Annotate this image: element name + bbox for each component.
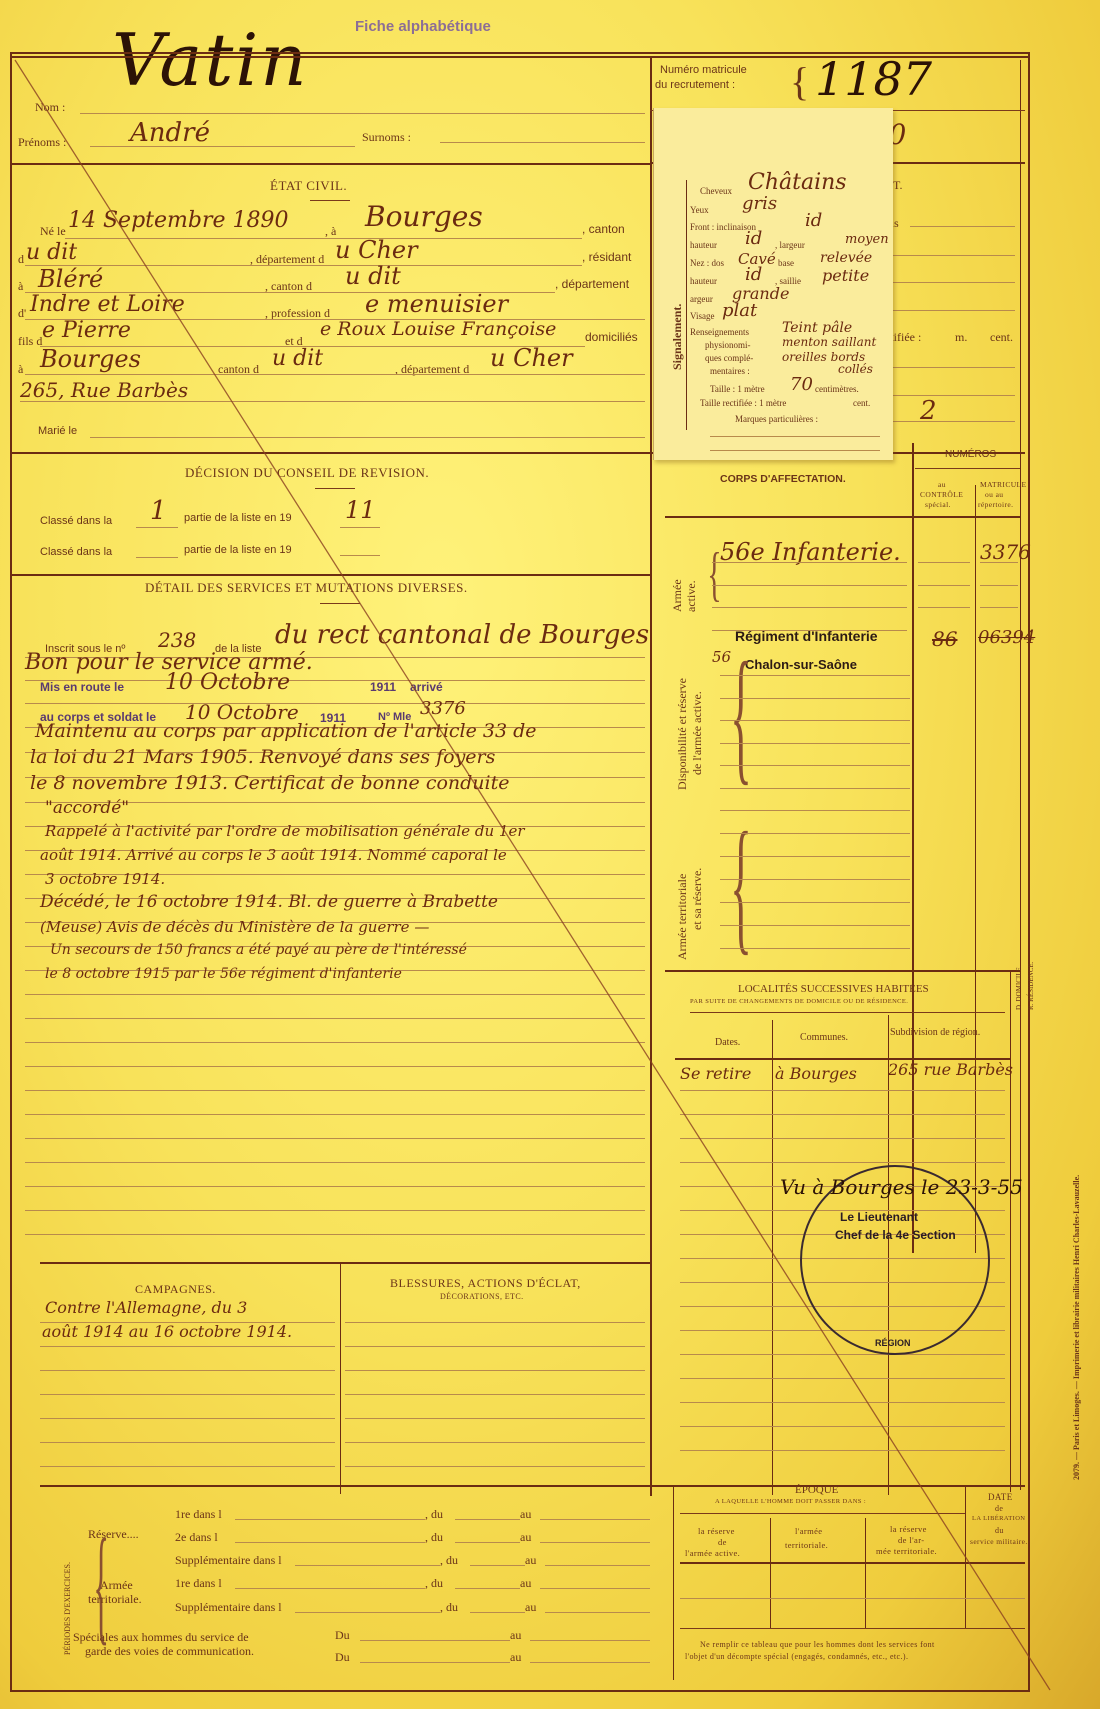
service-line-3: la loi du 21 Mars 1905. Renvoyé dans ses… — [30, 746, 495, 768]
marie-label: Marié le — [38, 425, 77, 437]
dept2-value: Indre et Loire — [30, 292, 185, 317]
classe-row2-label-a: Classé dans la — [40, 546, 112, 558]
departement-value: u Cher — [335, 236, 418, 264]
domicile-parents: Bourges — [40, 345, 141, 373]
printer-imprint: 2079. — Paris et Limoges. — Imprimerie e… — [1072, 1175, 1081, 1480]
regiment-num: 56 — [712, 648, 731, 666]
departement3-value: u Cher — [490, 344, 573, 372]
matricule-value: 1187 — [815, 52, 932, 106]
campagnes-title: CAMPAGNES. — [135, 1282, 216, 1297]
mis-en-route-date: 10 Octobre — [165, 670, 290, 695]
territoriale-label-1: Armée territoriale — [675, 874, 690, 960]
cheveux-value: Châtains — [748, 170, 847, 195]
epoque-col3-line3: mée territoriale. — [876, 1546, 937, 1556]
domicilies-label: domiciliés — [585, 330, 638, 344]
prenoms-value: André — [130, 118, 210, 148]
localite-row1-subdivision: 265 rue Barbès — [888, 1060, 1013, 1079]
ne-le-label: Né le — [40, 224, 66, 239]
periode-row3-au: au — [525, 1553, 536, 1568]
service-line-10: (Meuse) Avis de décès du Ministère de la… — [40, 918, 429, 936]
no-mle-value: 3376 — [420, 698, 466, 719]
services-title: DÉTAIL DES SERVICES ET MUTATIONS DIVERSE… — [145, 580, 468, 596]
inscrit-numero: 238 — [158, 628, 196, 652]
localites-col-dates: Dates. — [715, 1037, 740, 1048]
yeux-label: Yeux — [690, 205, 709, 215]
pere-value: e Pierre — [42, 318, 131, 343]
speciale-row2-du: Du — [335, 1650, 350, 1665]
blessures-title: BLESSURES, ACTIONS D'ÉCLAT, — [390, 1276, 581, 1291]
speciale-row1-du: Du — [335, 1628, 350, 1643]
disponibilite-matricule: 06394 — [978, 627, 1035, 648]
disponibilite-label-2: de l'armée active. — [690, 691, 705, 775]
col-matricule-3: répertoire. — [978, 500, 1013, 509]
nez-label: Nez : dos — [690, 258, 724, 268]
reserve-label: Réserve.... — [88, 1527, 139, 1542]
speciale-row2-au: au — [510, 1650, 521, 1665]
chalon-stamp: Chalon-sur-Saône — [745, 657, 857, 672]
service-line-12: le 8 octobre 1915 par le 56e régiment d'… — [45, 966, 402, 982]
armee-active-matricule: 3376 — [980, 540, 1031, 564]
cheveux-label: Cheveux — [700, 186, 732, 196]
mere-value: e Roux Louise Françoise — [320, 318, 556, 340]
col-controle-2: CONTRÔLE — [920, 490, 963, 499]
blessures-subtitle: DÉCORATIONS, ETC. — [440, 1292, 523, 1301]
seal-line-2: Chef de la 4e Section — [835, 1228, 956, 1242]
periode-row3-label: Supplémentaire dans l — [175, 1553, 282, 1568]
speciales-label-2: garde des voies de communication. — [85, 1644, 254, 1659]
renseignements-value-2: menton saillant — [782, 335, 876, 349]
taille-label: Taille : 1 mètre — [710, 384, 765, 394]
brace: { — [790, 58, 809, 105]
localites-col-communes: Communes. — [800, 1032, 848, 1043]
hauteur-value: id — [745, 228, 762, 249]
taille-rectifiee-label: Taille rectifiée : 1 mètre — [700, 398, 786, 408]
epoque-col3-line1: la réserve — [890, 1524, 927, 1534]
renseignements-value-4: collés — [838, 362, 873, 376]
periode-row1-du: , du — [425, 1507, 443, 1522]
col-controle-3: spécial. — [925, 500, 951, 509]
periode-row5-au: au — [525, 1600, 536, 1615]
epoque-col1-line3: l'armée active. — [685, 1548, 740, 1558]
localites-title: LOCALITÉS SUCCESSIVES HABITÉES — [738, 983, 929, 995]
date-title-3: LA LIBÉRATION — [972, 1515, 1025, 1522]
conseil-title: DÉCISION DU CONSEIL DE REVISION. — [185, 465, 429, 481]
brace-icon: { — [730, 640, 752, 790]
localites-subtitle: PAR SUITE DE CHANGEMENTS DE DOMICILE OU … — [690, 998, 908, 1005]
epoque-subtitle: A LAQUELLE L'HOMME DOIT PASSER DANS : — [715, 1498, 866, 1505]
renseignements-label-3: ques complé- — [705, 353, 753, 363]
taille-value: 70 — [790, 374, 813, 395]
periodes-side-title: PÉRIODES D'EXERCICES. — [63, 1562, 72, 1655]
periode-row5-label: Supplémentaire dans l — [175, 1600, 282, 1615]
disponibilite-label-1: Disponibilité et réserve — [675, 678, 690, 790]
surnoms-label: Surnoms : — [362, 130, 411, 145]
nom-label: Nom : — [35, 100, 65, 115]
classe-row1-annee: 11 — [345, 496, 376, 524]
service-line-11: Un secours de 150 francs a été payé au p… — [50, 942, 467, 958]
renseignements-value-1: Teint pâle — [782, 320, 852, 336]
epoque-note-1: Ne remplir ce tableau que pour les homme… — [700, 1640, 935, 1649]
base-label: base — [778, 258, 794, 268]
periode-row1-au: au — [520, 1507, 531, 1522]
largeur-label: , largeur — [775, 240, 805, 250]
residence-col: R. RÉSIDENCE. — [1027, 962, 1035, 1010]
date-title-2: de — [995, 1504, 1003, 1513]
periode-row3-du: , du — [440, 1553, 458, 1568]
service-line-9: Décédé, le 16 octobre 1914. Bl. de guerr… — [40, 892, 498, 912]
territoriale-label-a: Armée — [100, 1578, 133, 1593]
a2-label: à — [18, 279, 23, 294]
regiment-stamp: Régiment d'Infanterie — [735, 628, 878, 644]
date-title-5: service militaire. — [970, 1537, 1028, 1546]
vu-annotation: Vu à Bourges le 23-3-55 — [780, 1175, 1023, 1199]
col-matricule-2: ou au — [985, 490, 1003, 499]
epoque-col3-line2: de l'ar- — [898, 1535, 925, 1545]
matricule-label-1: Numéro matricule — [660, 64, 747, 76]
renseignements-label-2: physionomi- — [705, 340, 751, 350]
epoque-note-2: l'objet d'un décompte spécial (engagés, … — [685, 1652, 908, 1661]
base-value: relevée — [820, 250, 872, 266]
prenoms-label: Prénoms : — [18, 135, 66, 150]
territoriale-label-b: territoriale. — [88, 1592, 142, 1607]
corps-affectation-title: CORPS D'AFFECTATION. — [720, 473, 846, 485]
residence-value: Bléré — [38, 265, 103, 293]
speciales-label-1: Spéciales aux hommes du service de — [73, 1630, 249, 1645]
periode-row1-label: 1re dans l — [175, 1507, 222, 1522]
hauteur2-label: hauteur — [690, 276, 717, 286]
date-naissance: 14 Septembre 1890 — [68, 208, 288, 233]
yeux-value: gris — [742, 193, 777, 214]
fils-label: fils d — [18, 334, 42, 349]
saillie-value: petite — [822, 266, 869, 285]
seal-ring-bottom: RÉGION — [875, 1338, 911, 1348]
speciale-row1-au: au — [510, 1628, 521, 1643]
periode-row2-label: 2e dans l — [175, 1530, 218, 1545]
disponibilite-controle: 86 — [932, 627, 957, 651]
hidden-cent: cent. — [990, 330, 1013, 345]
domicile-col: D. DOMICILE. — [1015, 965, 1023, 1010]
etat-civil-title: ÉTAT CIVIL. — [270, 178, 347, 194]
fiche-alphabetique-stamp: Fiche alphabétique — [355, 18, 491, 35]
hauteur-label: hauteur — [690, 240, 717, 250]
visage-value: plat — [722, 300, 757, 321]
classe-row1-label-b: partie de la liste en 19 — [184, 512, 292, 524]
col-matricule-1: MATRICULE — [980, 480, 1027, 489]
a3-label: à — [18, 362, 23, 377]
classe-row2-label-b: partie de la liste en 19 — [184, 544, 292, 556]
hidden-m: m. — [955, 330, 967, 345]
column-divider — [650, 56, 652, 1496]
col-controle-1: au — [938, 480, 946, 489]
lieu-naissance: Bourges — [365, 200, 483, 233]
epoque-col2-line2: territoriale. — [785, 1540, 828, 1550]
renseignements-label-1: Renseignements — [690, 327, 749, 337]
periode-row4-au: au — [520, 1576, 531, 1591]
hauteur2-value: id — [745, 264, 762, 285]
adresse-value: 265, Rue Barbès — [20, 378, 188, 402]
epoque-col1-line2: de — [718, 1537, 727, 1547]
taille-rectifiee-unit: cent. — [853, 398, 870, 408]
liste-value: du rect cantonal de Bourges — [275, 620, 649, 650]
classe-row1-partie: 1 — [150, 496, 167, 526]
armee-active-label-1: Armée — [670, 579, 685, 612]
service-line-8: 3 octobre 1914. — [45, 870, 165, 888]
numeros-title: NUMÉROS — [945, 449, 996, 460]
localites-col-subdivision: Subdivision de région. — [890, 1027, 980, 1038]
armee-active-label-2: active. — [684, 580, 699, 612]
visage-label: Visage — [690, 311, 714, 321]
hidden-t: T. — [893, 178, 902, 193]
periode-row4-label: 1re dans l — [175, 1576, 222, 1591]
canton-prefix: d — [18, 252, 24, 267]
service-line-6: Rappelé à l'activité par l'ordre de mobi… — [45, 822, 525, 840]
matricule-label-2: du recrutement : — [655, 79, 735, 91]
classe-row1-label-a: Classé dans la — [40, 515, 112, 527]
date-title-1: DATE — [988, 1492, 1013, 1502]
mis-en-route-stamp: Mis en route le — [40, 680, 124, 694]
departement2-label: , département — [555, 277, 629, 291]
localite-row1-date: Se retire — [680, 1064, 751, 1083]
localite-row1-commune: à Bourges — [775, 1064, 857, 1083]
territoriale-label-2: et sa réserve. — [690, 868, 705, 930]
profession-value: e menuisier — [365, 290, 508, 318]
service-line-4: le 8 novembre 1913. Certificat de bonne … — [30, 772, 510, 794]
mis-en-route-year: 1911 — [370, 680, 396, 694]
largeur-value: moyen — [845, 232, 889, 247]
taille-unit: centimètres. — [815, 384, 859, 394]
canton-value: u dit — [26, 240, 77, 265]
front-value: id — [805, 210, 822, 231]
periode-row4-du: , du — [425, 1576, 443, 1591]
seal-line-1: Le Lieutenant — [840, 1210, 918, 1224]
date-title-4: du — [995, 1526, 1004, 1535]
renseignements-label-4: mentaires : — [710, 366, 750, 376]
epoque-title: ÉPOQUE — [795, 1484, 838, 1496]
periode-row2-du: , du — [425, 1530, 443, 1545]
canton3-value: u dit — [272, 346, 323, 371]
service-line-7: août 1914. Arrivé au corps le 3 août 191… — [40, 846, 507, 864]
canton-label: , canton — [582, 222, 625, 236]
residant-label: , résidant — [582, 250, 631, 264]
periode-row5-du: , du — [440, 1600, 458, 1615]
service-line-5: "accordé" — [45, 798, 129, 818]
largeur2-label: argeur — [690, 294, 713, 304]
service-line-2: Maintenu au corps par application de l'a… — [35, 720, 537, 742]
arrive-stamp: arrivé — [410, 680, 443, 694]
campagne-line-1: Contre l'Allemagne, du 3 — [45, 1298, 247, 1317]
marques-label: Marques particulières : — [735, 414, 818, 424]
periode-row2-au: au — [520, 1530, 531, 1545]
campagne-line-2: août 1914 au 16 octobre 1914. — [42, 1322, 292, 1341]
signalement-side-title: Signalement. — [670, 304, 685, 370]
epoque-col2-line1: l'armée — [795, 1526, 822, 1536]
epoque-col1-line1: la réserve — [698, 1526, 735, 1536]
canton2-value: u dit — [345, 262, 401, 290]
